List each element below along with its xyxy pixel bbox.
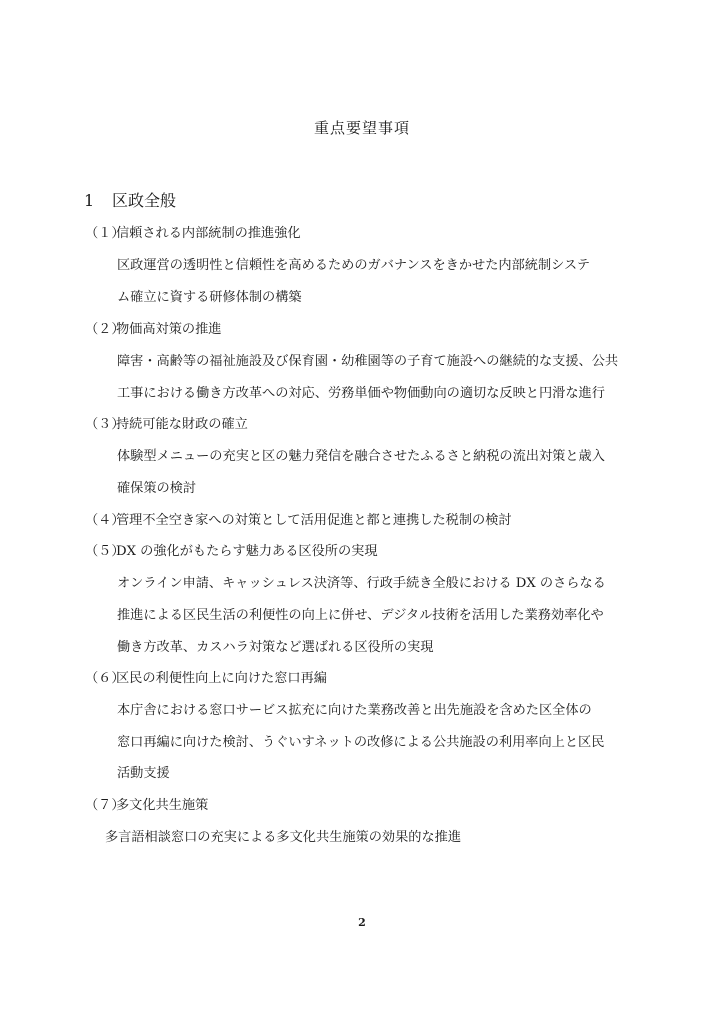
item-5-heading: （５）DX の強化がもたらす魅力ある区役所の実現 — [85, 543, 378, 561]
item-2-body-line-2: 工事における働き方改革への対応、労務単価や物価動向の適切な反映と円滑な進行 — [117, 385, 605, 403]
item-6-body-line-2: 窓口再編に向けた検討、うぐいすネットの改修による公共施設の利用率向上と区民 — [117, 734, 604, 752]
item-7-body-line-1: 多言語相談窓口の充実による多文化共生施策の効果的な推進 — [105, 829, 461, 847]
item-3-heading: （３）持続可能な財政の確立 — [85, 416, 248, 434]
item-2-body-line-1: 障害・高齢等の福祉施設及び保育園・幼稚園等の子育て施設への継続的な支援、公共 — [117, 353, 618, 371]
document-page: 重点要望事項 1区政全般 （１）信頼される内部統制の推進強化 区政運営の透明性と… — [0, 0, 724, 1024]
item-5-body-line-1: オンライン申請、キャッシュレス決済等、行政手続き全般における DX のさらなる — [117, 575, 606, 593]
item-2-title: 物価高対策の推進 — [116, 322, 222, 337]
item-1-title: 信頼される内部統制の推進強化 — [116, 226, 301, 241]
item-4-label: （４） — [85, 512, 116, 530]
item-3-title: 持続可能な財政の確立 — [116, 417, 248, 432]
item-3-body-line-2: 確保策の検討 — [117, 480, 196, 498]
document-title: 重点要望事項 — [0, 117, 724, 138]
item-6-heading: （６）区民の利便性向上に向けた窓口再編 — [85, 670, 327, 688]
item-6-title: 区民の利便性向上に向けた窓口再編 — [116, 671, 327, 686]
item-4-title: 管理不全空き家への対策として活用促進と都と連携した税制の検討 — [116, 513, 512, 528]
item-7-label: （７） — [85, 797, 116, 815]
item-6-label: （６） — [85, 670, 116, 688]
item-6-body-line-3: 活動支援 — [117, 765, 170, 783]
item-2-label: （２） — [85, 321, 116, 339]
item-1-label: （１） — [85, 225, 116, 243]
item-5-body-line-2: 推進による区民生活の利便性の向上に併せ、デジタル技術を活用した業務効率化や — [117, 607, 604, 625]
item-4-heading: （４）管理不全空き家への対策として活用促進と都と連携した税制の検討 — [85, 512, 512, 530]
item-6-body-line-1: 本庁舎における窓口サービス拡充に向けた業務改善と出先施設を含めた区全体の — [117, 702, 592, 720]
item-3-body-line-1: 体験型メニューの充実と区の魅力発信を融合させたふるさと納税の流出対策と歳入 — [117, 448, 605, 466]
item-5-title: DX の強化がもたらす魅力ある区役所の実現 — [116, 544, 378, 559]
item-3-label: （３） — [85, 416, 116, 434]
item-5-body-line-3: 働き方改革、カスハラ対策など選ばれる区役所の実現 — [117, 639, 434, 657]
item-7-heading: （７）多文化共生施策 — [85, 797, 208, 815]
section-title: 区政全般 — [112, 191, 176, 210]
item-1-body-line-1: 区政運営の透明性と信頼性を高めるためのガバナンスをきかせた内部統制システ — [117, 257, 590, 275]
section-number: 1 — [84, 191, 112, 210]
page-number: 2 — [0, 916, 724, 929]
item-1-body-line-2: ム確立に資する研修体制の構築 — [117, 289, 302, 307]
item-1-heading: （１）信頼される内部統制の推進強化 — [85, 225, 301, 243]
item-5-label: （５） — [85, 543, 116, 561]
item-2-heading: （２）物価高対策の推進 — [85, 321, 222, 339]
section-heading: 1区政全般 — [84, 188, 176, 211]
item-7-title: 多文化共生施策 — [116, 798, 208, 813]
